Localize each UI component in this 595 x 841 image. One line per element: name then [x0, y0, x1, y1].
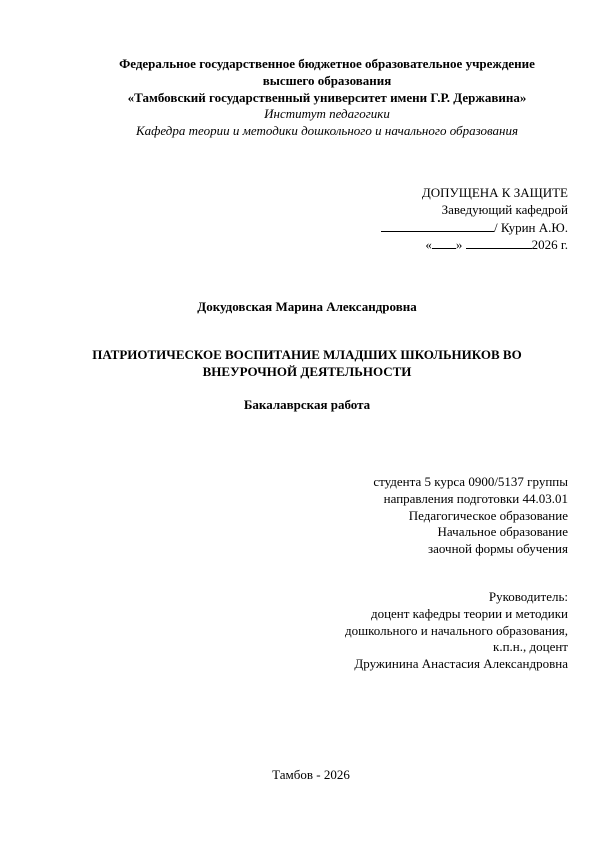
supervisor-info-line: дошкольного и начального образования, — [345, 623, 568, 640]
date-day-blank — [432, 236, 456, 249]
student-info-block: студента 5 курса 0900/5137 группы направ… — [373, 474, 568, 558]
city-year: Тамбов - 2026 — [44, 767, 578, 784]
header-line-university: «Тамбовский государственный университет … — [60, 90, 594, 107]
supervisor-info-line: доцент кафедры теории и методики — [345, 606, 568, 623]
author-block: Докудовская Марина Александровна — [40, 299, 574, 316]
header-institute: Институт педагогики — [60, 106, 594, 123]
approval-signer: / Курин А.Ю. — [494, 220, 568, 235]
university-header: Федеральное государственное бюджетное об… — [60, 56, 594, 140]
supervisor-block: Руководитель: доцент кафедры теории и ме… — [345, 589, 568, 673]
date-year: 2026 г. — [532, 237, 568, 252]
approval-title: ДОПУЩЕНА К ЗАЩИТЕ — [381, 185, 568, 202]
supervisor-name: Дружинина Анастасия Александровна — [345, 656, 568, 673]
student-info-line: направления подготовки 44.03.01 — [373, 491, 568, 508]
header-line-higher-education: высшего образования — [60, 73, 594, 90]
header-line-federal: Федеральное государственное бюджетное об… — [60, 56, 594, 73]
student-info-line: Педагогическое образование — [373, 508, 568, 525]
work-type-block: Бакалаврская работа — [40, 397, 574, 414]
thesis-title-line-2: ВНЕУРОЧНОЙ ДЕЯТЕЛЬНОСТИ — [40, 364, 574, 381]
date-close-quote: » — [456, 237, 463, 252]
footer-block: Тамбов - 2026 — [44, 767, 578, 784]
student-info-line: Начальное образование — [373, 524, 568, 541]
approval-signature-line: / Курин А.Ю. — [381, 219, 568, 237]
approval-block: ДОПУЩЕНА К ЗАЩИТЕ Заведующий кафедрой / … — [381, 185, 568, 254]
thesis-title: ПАТРИОТИЧЕСКОЕ ВОСПИТАНИЕ МЛАДШИХ ШКОЛЬН… — [40, 347, 574, 381]
work-type: Бакалаврская работа — [40, 397, 574, 414]
author-name: Докудовская Марина Александровна — [40, 299, 574, 316]
thesis-title-line-1: ПАТРИОТИЧЕСКОЕ ВОСПИТАНИЕ МЛАДШИХ ШКОЛЬН… — [40, 347, 574, 364]
supervisor-label: Руководитель: — [345, 589, 568, 606]
title-page: Федеральное государственное бюджетное об… — [0, 0, 595, 841]
date-month-blank — [466, 236, 532, 249]
supervisor-info-line: к.п.н., доцент — [345, 639, 568, 656]
student-info-line: студента 5 курса 0900/5137 группы — [373, 474, 568, 491]
student-info-line: заочной формы обучения — [373, 541, 568, 558]
approval-position: Заведующий кафедрой — [381, 202, 568, 219]
header-department: Кафедра теории и методики дошкольного и … — [60, 123, 594, 140]
signature-blank — [381, 219, 494, 232]
approval-date-line: «» 2026 г. — [381, 236, 568, 254]
